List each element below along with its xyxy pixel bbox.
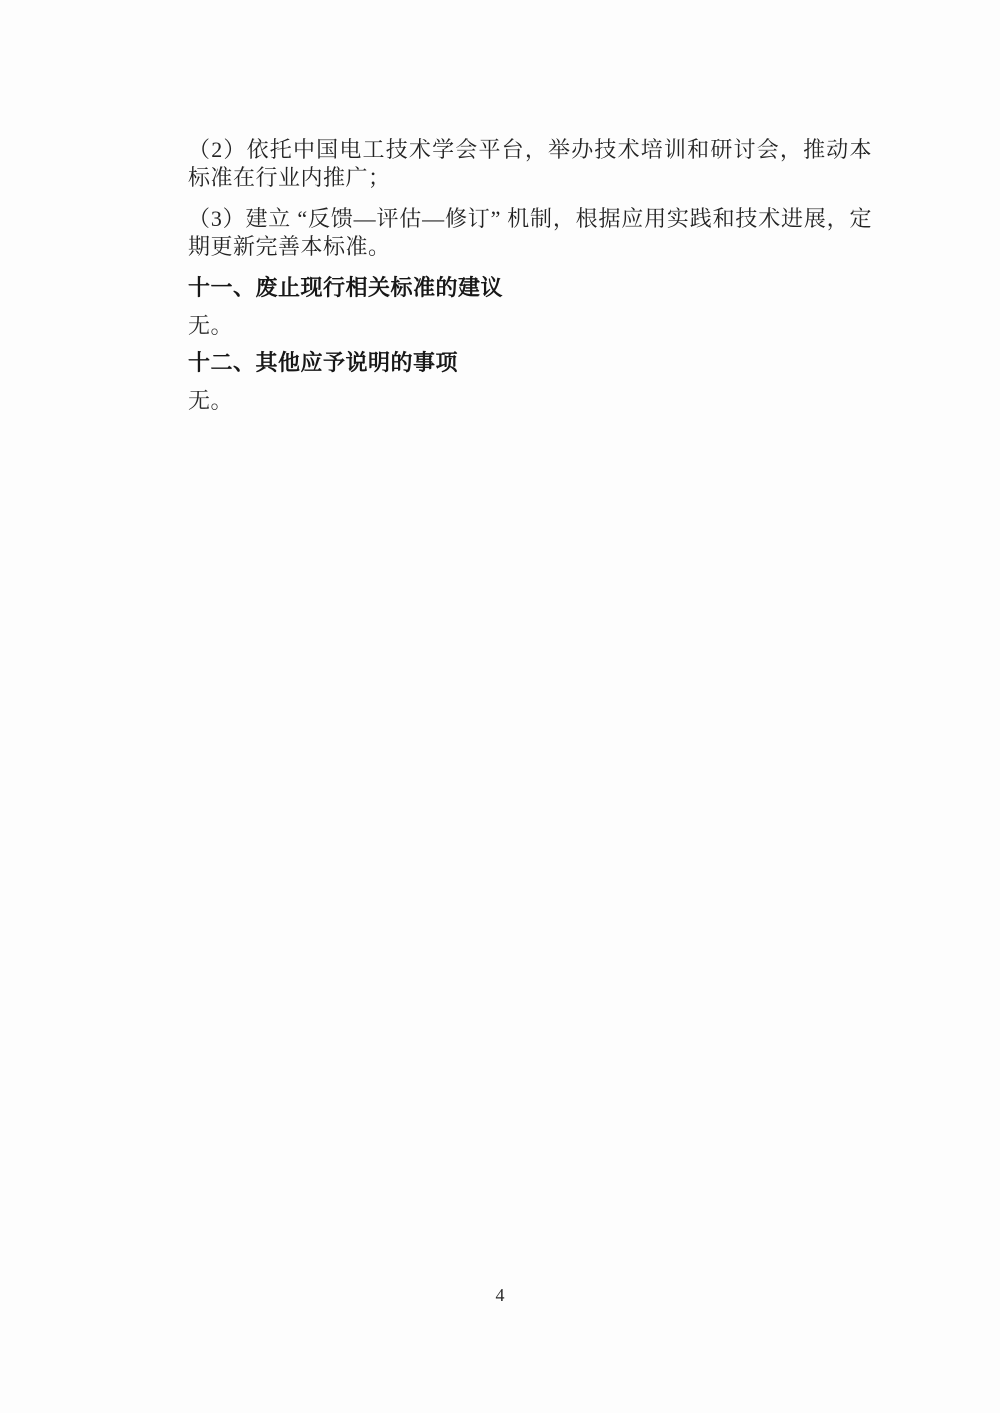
section-heading-11: 十一、废止现行相关标准的建议 bbox=[188, 274, 872, 302]
section-12-answer: 无。 bbox=[188, 387, 872, 415]
paragraph-item-3: （3）建立 “反馈—评估—修订” 机制，根据应用实践和技术进展，定期更新完善本标… bbox=[188, 205, 872, 261]
document-body: （2）依托中国电工技术学会平台，举办技术培训和研讨会，推动本标准在行业内推广； … bbox=[188, 136, 872, 424]
paragraph-item-2: （2）依托中国电工技术学会平台，举办技术培训和研讨会，推动本标准在行业内推广； bbox=[188, 136, 872, 192]
page-number: 4 bbox=[0, 1285, 1000, 1306]
section-heading-12: 十二、其他应予说明的事项 bbox=[188, 349, 872, 377]
section-11-answer: 无。 bbox=[188, 312, 872, 340]
document-page: （2）依托中国电工技术学会平台，举办技术培训和研讨会，推动本标准在行业内推广； … bbox=[0, 0, 1000, 1413]
